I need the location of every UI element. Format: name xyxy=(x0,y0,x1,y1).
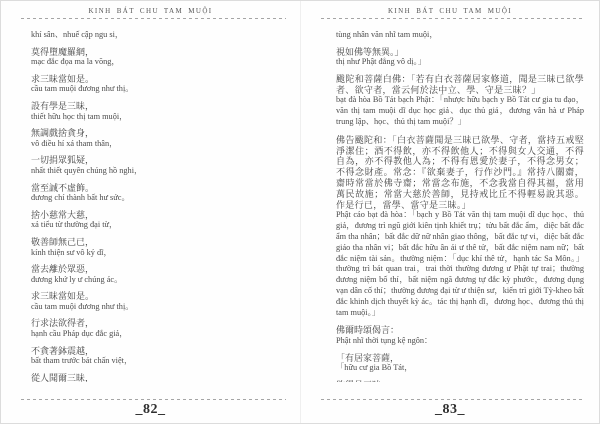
verse-line-vi: mạc đắc đọa ma la võng， xyxy=(31,57,282,68)
verse-stanza: 捨小慈常大慈， xả tiểu từ thường đại từ， xyxy=(31,210,282,231)
verse-line-zh: 捨小慈常大慈， xyxy=(31,210,282,221)
verse-line-vi: khí sân、nhuế cập ngu si， xyxy=(31,30,282,41)
verse-line-vi: kính thiện sư vô kỷ dĩ， xyxy=(31,248,282,259)
dialogue-paragraph: 佛告颰陀和：「白衣菩薩聞是三昧已欲學、守者，當持五戒堅淨潔住；酒不得飲，亦不得飲… xyxy=(336,135,584,319)
verse-line-vi: 「hữu cư gia Bồ Tát， xyxy=(336,363,584,374)
verse-stanza: 敬善師無己已， kính thiện sư vô kỷ dĩ， xyxy=(31,237,282,258)
verse-line-zh: 不貪著鉢震越， xyxy=(31,346,282,357)
page-footer: _83_ xyxy=(301,399,599,418)
verse-line-zh: 一切捐眾狐疑， xyxy=(31,155,282,166)
verse-line-vi: Phật nhĩ thời tụng kệ ngôn： xyxy=(336,336,584,347)
verse-stanza: 視如佛等無異。」 thị như Phật đẳng vô dị。」 xyxy=(336,47,584,68)
verse-stanza: khí sân、nhuế cập ngu si， xyxy=(31,30,282,41)
verse-stanza: 求三昧當如是。 cầu tam muội đương như thị。 xyxy=(31,74,282,95)
verse-line-zh: 當至誠不虛飾。 xyxy=(31,183,282,194)
dialogue-paragraph: 颰陀和菩薩白佛：「若有白衣菩薩居家修道，聞是三昧已欲學者、欲守者，當云何於法中立… xyxy=(336,74,584,128)
prose-paragraph-zh: 颰陀和菩薩白佛：「若有白衣菩薩居家修道，聞是三昧已欲學者、欲守者，當云何於法中立… xyxy=(336,74,584,96)
verse-stanza: 一切捐眾狐疑， nhất thiết quyên chúng hồ nghi， xyxy=(31,155,282,176)
verse-line-vi: hạnh cầu Pháp dục đắc giả， xyxy=(31,329,282,340)
verse-line-vi: thiết hữu học thị tam muội， xyxy=(31,112,282,123)
footer-rule xyxy=(21,399,286,400)
verse-line-vi: bất tham trước bát chấn việt， xyxy=(31,356,282,367)
verse-line-zh: 視如佛等無異。」 xyxy=(336,47,584,58)
page-footer: _82_ xyxy=(1,399,300,418)
verse-line-vi: tùng nhân văn nhĩ tam muội， xyxy=(336,30,584,41)
verse-line-zh: 求三昧當如是。 xyxy=(31,291,282,302)
verse-line-vi: cầu tam muội đương như thị。 xyxy=(31,84,282,95)
verse-line-vi: thị như Phật đẳng vô dị。」 xyxy=(336,57,584,68)
page-number: _82_ xyxy=(1,402,300,418)
verse-stanza: tùng nhân văn nhĩ tam muội， xyxy=(336,30,584,41)
verse-stanza: 欲得是三昧， dục đắc thị tam muội， xyxy=(336,380,584,382)
verse-stanza: 莫得墮魔羅網， mạc đắc đọa ma la võng， xyxy=(31,47,282,68)
text-column: tùng nhân văn nhĩ tam muội， 視如佛等無異。」 thị… xyxy=(336,30,584,382)
verse-line-zh: 敬善師無己已， xyxy=(31,237,282,248)
verse-stanza: 行求法欲得者， hạnh cầu Pháp dục đắc giả， xyxy=(31,318,282,339)
page-right: KINH BÁT CHU TAM MUỘI tùng nhân văn nhĩ … xyxy=(300,1,599,423)
verse-line-vi: xả tiểu từ thường đại từ， xyxy=(31,220,282,231)
header-rule xyxy=(321,18,585,19)
verse-line-vi: cầu tam muội đương như thị。 xyxy=(31,302,282,313)
verse-stanza: 無調戲捨貪身， vô điều hí xá tham thân， xyxy=(31,128,282,149)
verse-stanza: 求三昧當如是。 cầu tam muội đương như thị。 xyxy=(31,291,282,312)
page-left: KINH BÁT CHU TAM MUỘI khí sân、nhuế cập n… xyxy=(1,1,300,423)
verse-stanza: 當去離於眾惡， đương khứ ly ư chúng ác。 xyxy=(31,264,282,285)
verse-line-zh: 當去離於眾惡， xyxy=(31,264,282,275)
verse-line-vi: vô điều hí xá tham thân， xyxy=(31,139,282,150)
verse-line-zh: 求三昧當如是。 xyxy=(31,74,282,85)
verse-line-zh: 從人聞爾三昧， xyxy=(31,373,282,382)
verse-line-zh: 莫得墮魔羅網， xyxy=(31,47,282,58)
prose-paragraph-vi: bạt đà hòa Bồ Tát bạch Phật：「nhược hữu b… xyxy=(336,95,584,127)
running-header: KINH BÁT CHU TAM MUỘI xyxy=(301,7,599,15)
verse-line-vi: nhất thiết quyên chúng hồ nghi， xyxy=(31,166,282,177)
verse-line-vi: đương chí thành bất hư sức。 xyxy=(31,193,282,204)
book-spread: KINH BÁT CHU TAM MUỘI khí sân、nhuế cập n… xyxy=(0,0,600,424)
verse-line-vi: đương khứ ly ư chúng ác。 xyxy=(31,275,282,286)
verse-stanza: 不貪著鉢震越， bất tham trước bát chấn việt， xyxy=(31,346,282,367)
page-number: _83_ xyxy=(301,402,599,418)
verse-column: khí sân、nhuế cập ngu si， 莫得墮魔羅網， mạc đắc… xyxy=(31,30,282,382)
verse-stanza: 「有居家菩薩， 「hữu cư gia Bồ Tát， xyxy=(336,353,584,374)
prose-paragraph-zh: 佛告颰陀和：「白衣菩薩聞是三昧已欲學、守者，當持五戒堅淨潔住；酒不得飲，亦不得飲… xyxy=(336,135,584,211)
verse-stanza: 佛爾時頌偈言： Phật nhĩ thời tụng kệ ngôn： xyxy=(336,325,584,346)
verse-stanza: 設有學是三昧， thiết hữu học thị tam muội， xyxy=(31,101,282,122)
verse-line-zh: 設有學是三昧， xyxy=(31,101,282,112)
verse-line-zh: 欲得是三昧， xyxy=(336,380,584,382)
verse-line-zh: 佛爾時頌偈言： xyxy=(336,325,584,336)
prose-paragraph-vi: Phật cáo bạt đà hòa：「bạch y Bồ Tát văn t… xyxy=(336,210,584,318)
verse-line-zh: 行求法欲得者， xyxy=(31,318,282,329)
verse-line-zh: 「有居家菩薩， xyxy=(336,353,584,364)
verse-stanza: 當至誠不虛飾。 đương chí thành bất hư sức。 xyxy=(31,183,282,204)
verse-stanza: 從人聞爾三昧， xyxy=(31,373,282,382)
verse-line-zh: 無調戲捨貪身， xyxy=(31,128,282,139)
footer-rule xyxy=(321,399,585,400)
running-header: KINH BÁT CHU TAM MUỘI xyxy=(1,7,300,15)
header-rule xyxy=(21,18,286,19)
